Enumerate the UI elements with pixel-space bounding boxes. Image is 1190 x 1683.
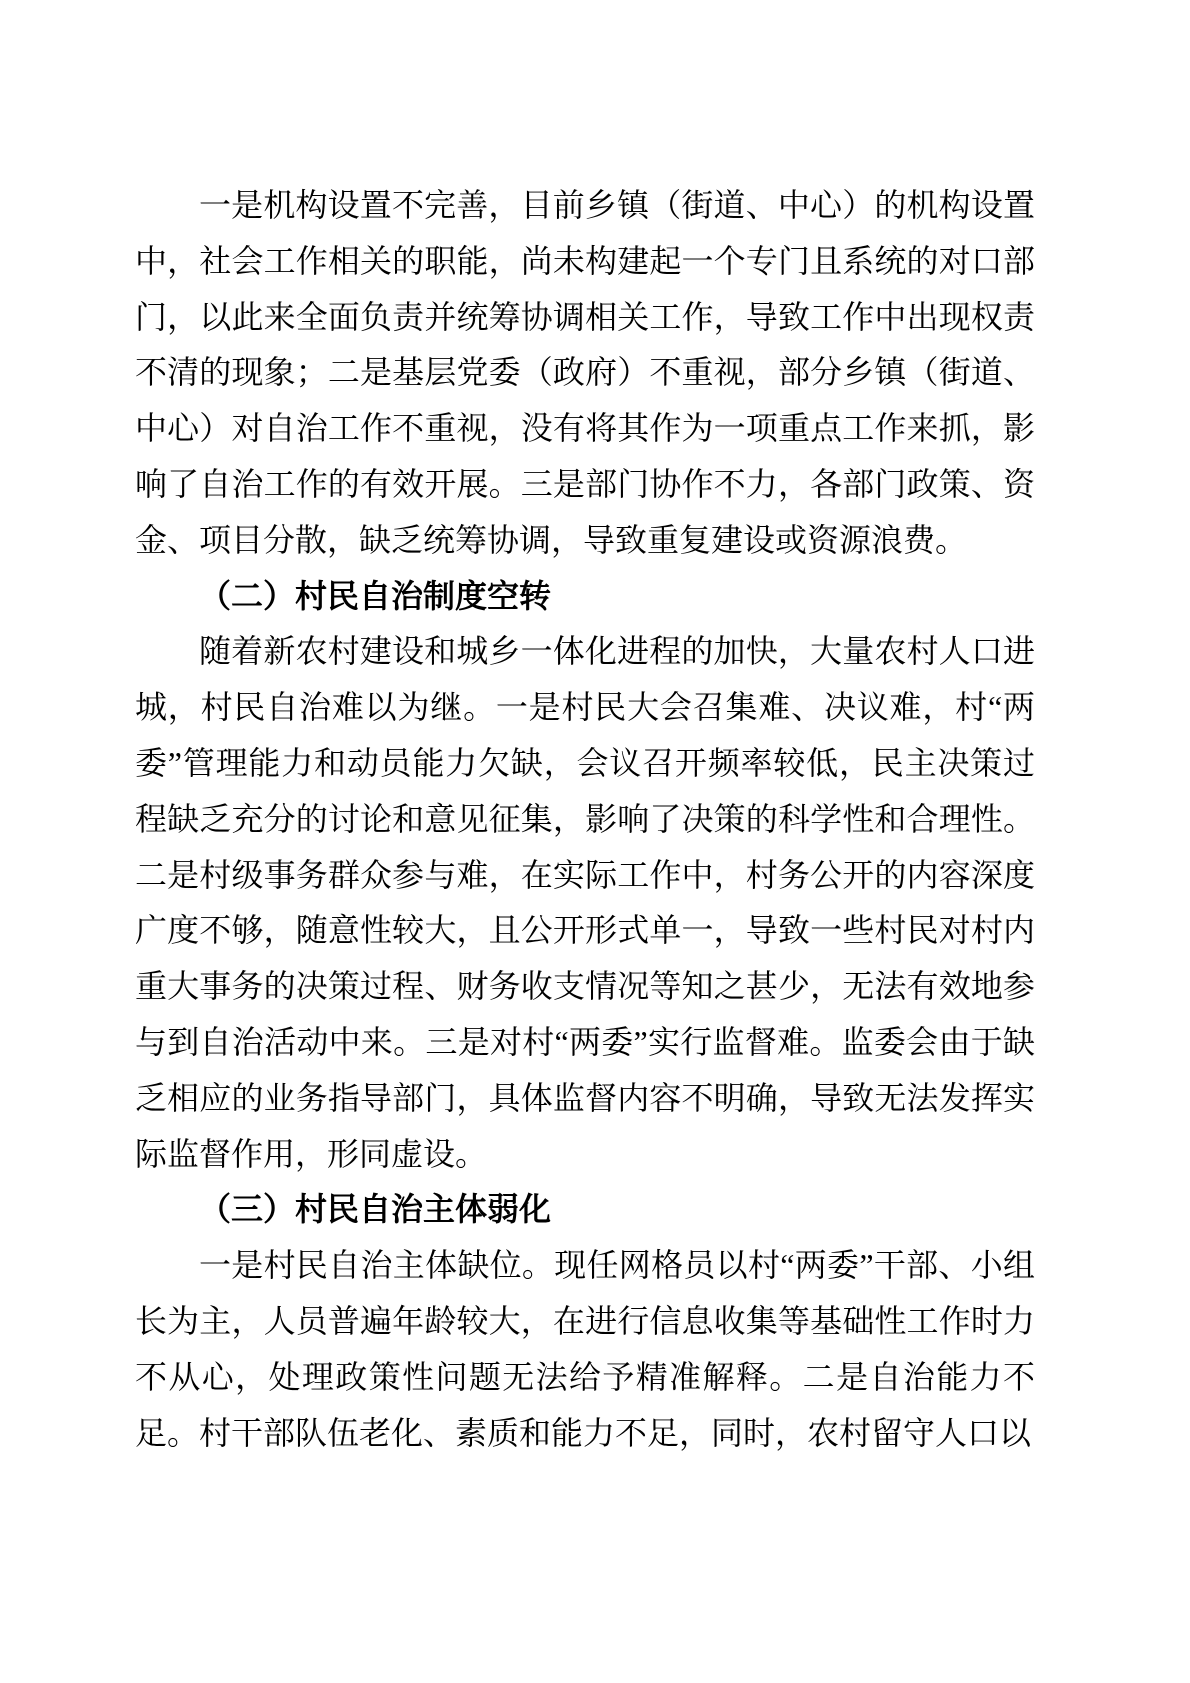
document-page: 一是机构设置不完善，目前乡镇（街道、中心）的机构设置中，社会工作相关的职能，尚未… [0, 0, 1190, 1683]
section-heading-3-villager-autonomy-subject-weakening: （三）村民自治主体弱化 [135, 1182, 1035, 1238]
paragraph-autonomy-system-idling-details: 随着新农村建设和城乡一体化进程的加快，大量农村人口进城，村民自治难以为继。一是村… [135, 624, 1035, 1182]
document-text-block: 一是机构设置不完善，目前乡镇（街道、中心）的机构设置中，社会工作相关的职能，尚未… [135, 178, 1035, 1461]
paragraph-org-structure-issues: 一是机构设置不完善，目前乡镇（街道、中心）的机构设置中，社会工作相关的职能，尚未… [135, 178, 1035, 569]
section-heading-2-villager-autonomy-system-idling: （二）村民自治制度空转 [135, 569, 1035, 625]
paragraph-autonomy-subject-weakening-details: 一是村民自治主体缺位。现任网格员以村“两委”干部、小组长为主，人员普遍年龄较大，… [135, 1238, 1035, 1461]
